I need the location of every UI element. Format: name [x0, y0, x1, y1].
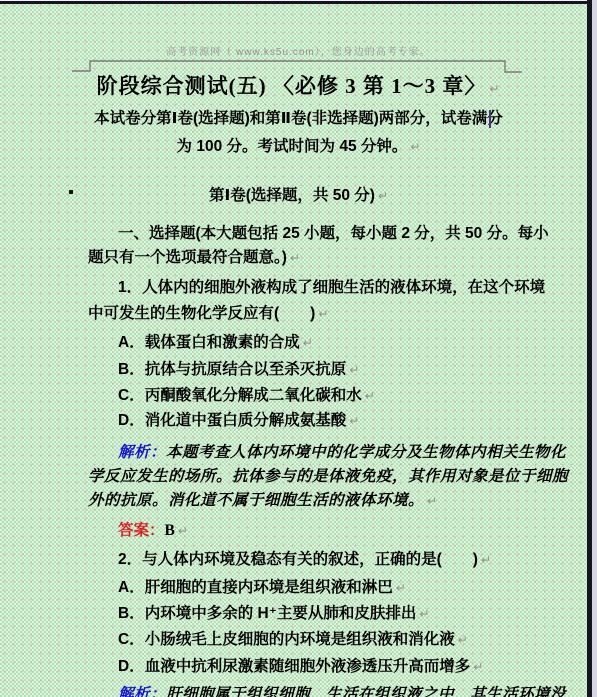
paragraph-mark-icon: ↵: [303, 336, 313, 350]
answer-value: B: [165, 522, 175, 539]
paragraph-mark-icon: ↵: [481, 553, 491, 567]
application-window: 高考资源网（ www.ks5u.com），您身边的高考专家。 阶段综合测试(五)…: [0, 0, 597, 697]
instructions-line-1: 一、选择题(本大题包括 25 小题，每小题 2 分，共 50 分。每小: [118, 224, 549, 244]
text-cursor: [489, 110, 491, 128]
document-title: 阶段综合测试(五) 〈必修 3 第 1～3 章〉↵: [10, 76, 587, 99]
paragraph-mark-icon: ↵: [349, 363, 359, 377]
paragraph-mark-icon: ↵: [178, 524, 188, 538]
paragraph-mark-icon: ↵: [378, 189, 388, 203]
paragraph-mark-icon: ↵: [419, 607, 429, 621]
question-2-stem: 2．与人体内环境及稳态有关的叙述，正确的是( )↵: [118, 550, 491, 570]
question-1-stem-line-1: 1．人体内的细胞外液构成了细胞生活的液体环境，在这个环境: [118, 278, 545, 298]
intro-line-2: 为 100 分。考试时间为 45 分钟。↵: [10, 137, 587, 157]
question-1-option-c: C．丙酮酸氧化分解成二氧化碳和水↵: [118, 386, 375, 406]
analysis-1-line-3: 外的抗原。消化道不属于细胞生活的液体环境。↵: [88, 491, 438, 511]
instructions-line-2: 题只有一个选项最符合题意。)↵: [88, 248, 300, 268]
paragraph-mark-icon: ↵: [365, 389, 375, 403]
analysis-2-line-1-partial: 解析：肝细胞属于组织细胞，生活在组织液之中，其生活环境没: [118, 685, 566, 697]
paragraph-mark-icon: ↵: [349, 414, 359, 428]
answer-label: 答案：: [118, 522, 165, 539]
analysis-1-line-2: 学反应发生的场所。抗体参与的是体液免疫，其作用对象是位于细胞: [88, 467, 568, 487]
answer-1-line: 答案：B↵: [118, 521, 188, 541]
analysis-label: 解析：: [118, 444, 166, 461]
question-2-option-b: B．内环境中多余的 H⁺主要从肺和皮肤排出↵: [118, 604, 429, 624]
paragraph-mark-icon: ↵: [290, 251, 300, 265]
paragraph-mark-icon: ↵: [410, 140, 420, 154]
paragraph-mark-icon: ↵: [489, 82, 500, 96]
paragraph-mark-icon: ↵: [427, 494, 438, 508]
question-1-option-d: D．消化道中蛋白质分解成氨基酸↵: [118, 411, 359, 431]
section-heading: 第Ⅰ卷(选择题，共 50 分)↵: [10, 186, 587, 206]
intro-line-1: 本试卷分第Ⅰ卷(选择题)和第Ⅱ卷(非选择题)两部分，试卷满分: [10, 109, 587, 129]
paragraph-mark-icon: ↵: [318, 307, 328, 321]
question-1-option-a: A．载体蛋白和激素的合成↵: [118, 333, 313, 353]
question-2-option-d: D．血液中抗利尿激素随细胞外液渗透压升高而增多↵: [118, 657, 483, 677]
window-right-scroll-track: [592, 0, 597, 697]
paragraph-mark-icon: ↵: [396, 581, 406, 595]
paragraph-mark-icon: ↵: [458, 633, 468, 647]
question-2-option-c: C．小肠绒毛上皮细胞的内环境是组织液和消化液↵: [118, 630, 468, 650]
analysis-1-line-1: 解析：本题考查人体内环境中的化学成分及生物体内相关生物化: [118, 443, 566, 463]
question-2-option-a: A．肝细胞的直接内环境是组织液和淋巴↵: [118, 578, 406, 598]
question-1-stem-line-2: 中可发生的生物化学反应有( )↵: [88, 304, 328, 324]
paragraph-mark-icon: ↵: [473, 660, 483, 674]
analysis-label: 解析：: [118, 686, 166, 697]
question-1-option-b: B．抗体与抗原结合以至杀灭抗原↵: [118, 360, 359, 380]
